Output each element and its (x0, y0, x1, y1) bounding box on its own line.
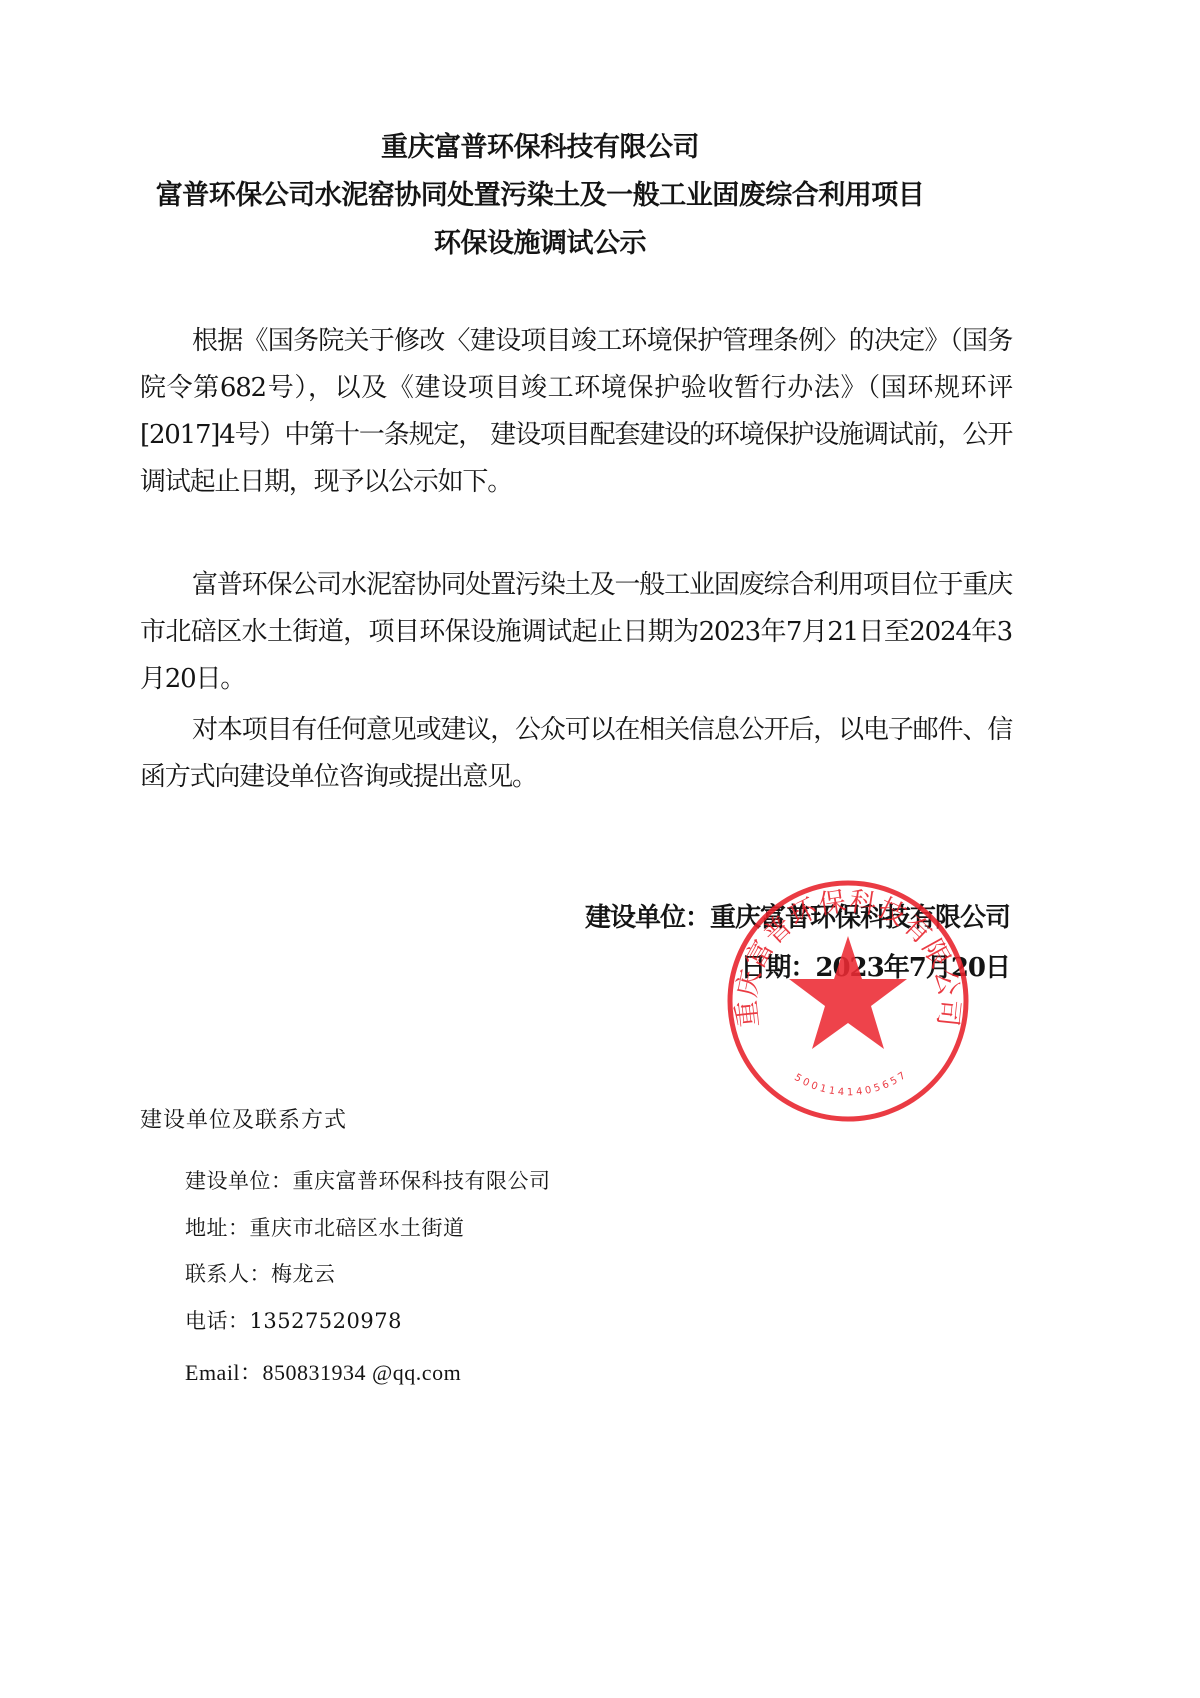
contact-email: Email：850831934 @qq.com (185, 1355, 551, 1402)
title-company: 重庆富普环保科技有限公司 (0, 124, 1080, 172)
signature-unit: 建设单位：重庆富普环保科技有限公司 (585, 893, 1010, 943)
paragraph-public-feedback: 对本项目有任何意见或建议，公众可以在相关信息公开后，以电子邮件、信函方式向建设单… (140, 707, 1012, 801)
document-page: 重庆富普环保科技有限公司 富普环保公司水泥窑协同处置污染土及一般工业固废综合利用… (0, 0, 1200, 1698)
paragraph-text: 对本项目有任何意见或建议，公众可以在相关信息公开后，以电子邮件、信函方式向建设单… (140, 707, 1012, 801)
paragraph-text: 富普环保公司水泥窑协同处置污染土及一般工业固废综合利用项目位于重庆市北碚区水土街… (140, 562, 1012, 703)
title-project: 富普环保公司水泥窑协同处置污染土及一般工业固废综合利用项目 (0, 172, 1080, 220)
title-notice: 环保设施调试公示 (0, 220, 1080, 268)
contact-person: 联系人：梅龙云 (185, 1256, 551, 1303)
contact-list: 建设单位：重庆富普环保科技有限公司 地址：重庆市北碚区水土街道 联系人：梅龙云 … (185, 1163, 551, 1402)
signature-block: 建设单位：重庆富普环保科技有限公司 日期：2023年7月20日 (585, 893, 1010, 993)
contact-unit: 建设单位：重庆富普环保科技有限公司 (185, 1163, 551, 1210)
contact-heading: 建设单位及联系方式 (140, 1103, 347, 1134)
seal-serial-number: 5001141405657 (792, 1069, 910, 1099)
document-title: 重庆富普环保科技有限公司 富普环保公司水泥窑协同处置污染土及一般工业固废综合利用… (0, 124, 1080, 268)
paragraph-legal-basis: 根据《国务院关于修改〈建设项目竣工环境保护管理条例〉的决定》（国务院令第682号… (140, 318, 1012, 506)
paragraph-debug-period: 富普环保公司水泥窑协同处置污染土及一般工业固废综合利用项目位于重庆市北碚区水土街… (140, 562, 1012, 703)
paragraph-text: 根据《国务院关于修改〈建设项目竣工环境保护管理条例〉的决定》（国务院令第682号… (140, 318, 1012, 506)
signature-date: 日期：2023年7月20日 (585, 943, 1010, 993)
contact-phone: 电话：13527520978 (185, 1303, 551, 1350)
svg-text:5001141405657: 5001141405657 (792, 1069, 910, 1099)
contact-address: 地址：重庆市北碚区水土街道 (185, 1210, 551, 1257)
